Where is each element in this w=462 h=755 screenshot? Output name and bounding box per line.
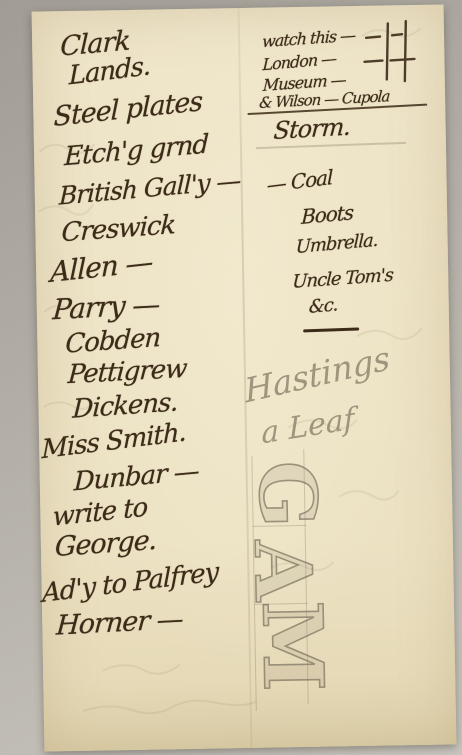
- pencil-note-line: a Leaf: [261, 401, 355, 451]
- manuscript-paper: ClarkLands.Steel platesEtch'g grndBritis…: [32, 4, 457, 751]
- tally-marks: [362, 15, 425, 88]
- handwritten-line: Ad'y to Palfrey: [42, 557, 218, 609]
- handwritten-line: watch this —: [262, 26, 356, 52]
- handwritten-line: Uncle Tom's: [292, 265, 394, 293]
- handwritten-line: Allen —: [50, 245, 153, 289]
- handwritten-line: Boots: [301, 200, 354, 229]
- handwritten-line: Parry —: [52, 288, 161, 327]
- handwritten-line: Steel plates: [53, 86, 202, 133]
- sketched-letter: M: [250, 600, 334, 692]
- handwritten-line: Cobden: [65, 323, 161, 360]
- scanned-manuscript-page: { "document": { "kind": "Handwritten man…: [0, 0, 462, 755]
- pencil-note-line: Hastings: [243, 338, 392, 410]
- handwritten-line: Umbrella.: [295, 230, 377, 258]
- handwritten-line: Storm.: [273, 113, 351, 145]
- short-ink-stroke: [303, 327, 359, 332]
- handwritten-line: George.: [54, 525, 157, 563]
- handwritten-line: Horner —: [55, 604, 184, 642]
- handwritten-line: Etch'g grnd: [64, 129, 209, 172]
- handwritten-line: — Coal: [267, 165, 333, 197]
- sketched-letter: A: [242, 539, 321, 601]
- handwritten-line: Dunbar —: [73, 456, 199, 497]
- sketched-letter: G: [247, 460, 326, 528]
- handwritten-line: Creswick: [61, 210, 176, 248]
- handwritten-line: Pettigrew: [67, 354, 188, 390]
- handwritten-line: British Gall'y —: [59, 166, 241, 211]
- handwritten-line: &c.: [308, 294, 337, 318]
- handwritten-line: Miss Smith.: [42, 417, 186, 465]
